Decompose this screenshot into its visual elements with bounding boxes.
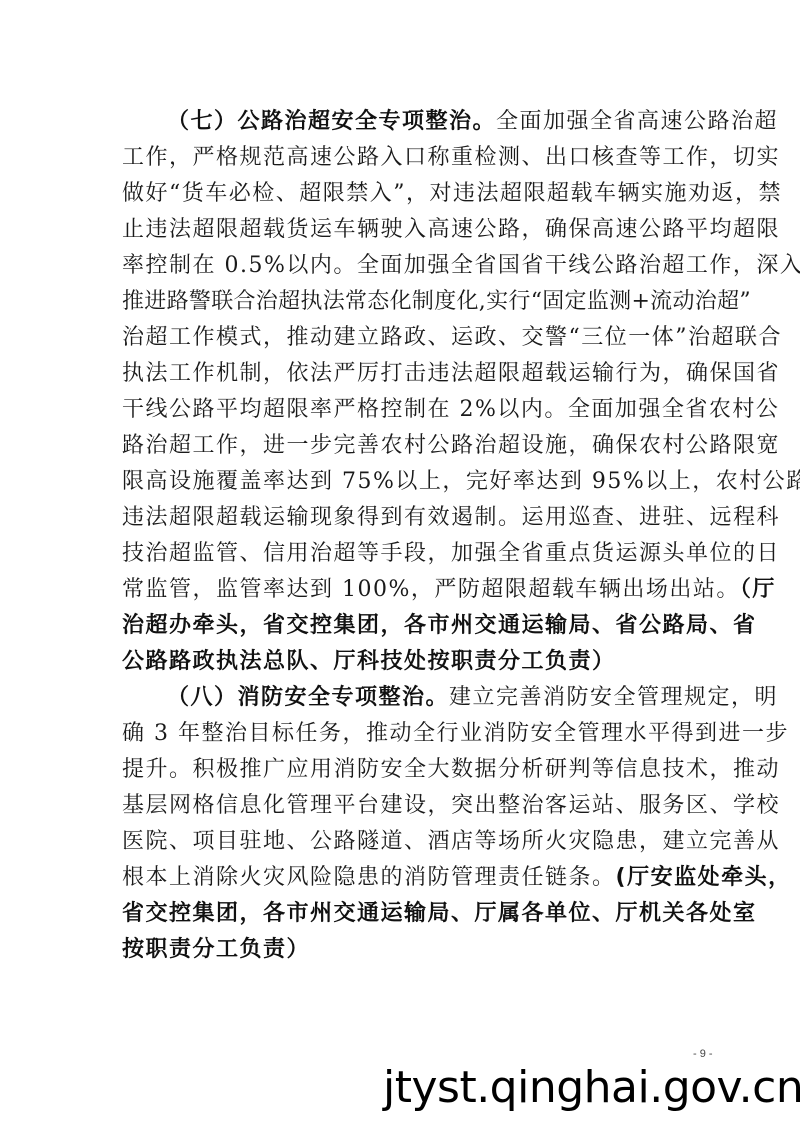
text-line: 提升。积极推广应用消防安全大数据分析研判等信息技术，推动 [122, 752, 714, 788]
responsibility-note: 公路路政执法总队、厅科技处按职责分工负责） [122, 644, 714, 680]
text-line: 违法超限超载运输现象得到有效遏制。运用巡查、进驻、远程科 [122, 500, 714, 536]
text-line: 根本上消除火灾风险隐患的消防管理责任链条。(厅安监处牵头， [122, 860, 714, 896]
text-line: （八）消防安全专项整治。建立完善消防安全管理规定，明 [122, 680, 714, 716]
text-line: 常监管，监管率达到 100%，严防超限超载车辆出场出站。（厅 [122, 572, 714, 608]
site-watermark: jtyst.qinghai.gov.cn [383, 1062, 800, 1113]
text-line: 路治超工作，进一步完善农村公路治超设施，确保农村公路限宽 [122, 428, 714, 464]
text-line: 率控制在 0.5%以内。全面加强全省国省干线公路治超工作，深入 [122, 248, 714, 284]
responsibility-note: (厅安监处牵头， [616, 865, 792, 890]
section-8-heading: （八）消防安全专项整治。 [167, 685, 449, 710]
text-line: （七）公路治超安全专项整治。全面加强全省高速公路治超 [122, 104, 714, 140]
section-7-heading: （七）公路治超安全专项整治。 [167, 109, 496, 134]
text-line: 医院、项目驻地、公路隧道、酒店等场所火灾隐患，建立完善从 [122, 824, 714, 860]
text-line: 干线公路平均超限率严格控制在 2%以内。全面加强全省农村公 [122, 392, 714, 428]
text-line: 工作，严格规范高速公路入口称重检测、出口核查等工作，切实 [122, 140, 714, 176]
text-line: 执法工作机制，依法严厉打击违法超限超载运输行为，确保国省 [122, 356, 714, 392]
responsibility-note: 按职责分工负责） [122, 932, 714, 968]
text-line: 止违法超限超载货运车辆驶入高速公路，确保高速公路平均超限 [122, 212, 714, 248]
document-body: （七）公路治超安全专项整治。全面加强全省高速公路治超 工作，严格规范高速公路入口… [122, 104, 714, 968]
responsibility-note: 治超办牵头，省交控集团，各市州交通运输局、省公路局、省 [122, 608, 714, 644]
text-line: 治超工作模式，推动建立路政、运政、交警“三位一体”治超联合 [122, 320, 714, 356]
text-line: 基层网格信息化管理平台建设，突出整治客运站、服务区、学校 [122, 788, 714, 824]
responsibility-note: （厅 [740, 577, 776, 602]
text-line: 技治超监管、信用治超等手段，加强全省重点货运源头单位的日 [122, 536, 714, 572]
responsibility-note: 省交控集团，各市州交通运输局、厅属各单位、厅机关各处室 [122, 896, 714, 932]
page-number: - 9 - [693, 1048, 713, 1060]
text-line: 推进路警联合治超执法常态化制度化,实行“固定监测+流动治超” [122, 284, 714, 320]
text-line: 限高设施覆盖率达到 75%以上，完好率达到 95%以上，农村公路 [122, 464, 714, 500]
text-line: 做好“货车必检、超限禁入”，对违法超限超载车辆实施劝返，禁 [122, 176, 714, 212]
text-line: 确 3 年整治目标任务，推动全行业消防安全管理水平得到进一步 [122, 716, 714, 752]
section-8-paragraph: （八）消防安全专项整治。建立完善消防安全管理规定，明 确 3 年整治目标任务，推… [122, 680, 714, 968]
section-7-paragraph: （七）公路治超安全专项整治。全面加强全省高速公路治超 工作，严格规范高速公路入口… [122, 104, 714, 680]
